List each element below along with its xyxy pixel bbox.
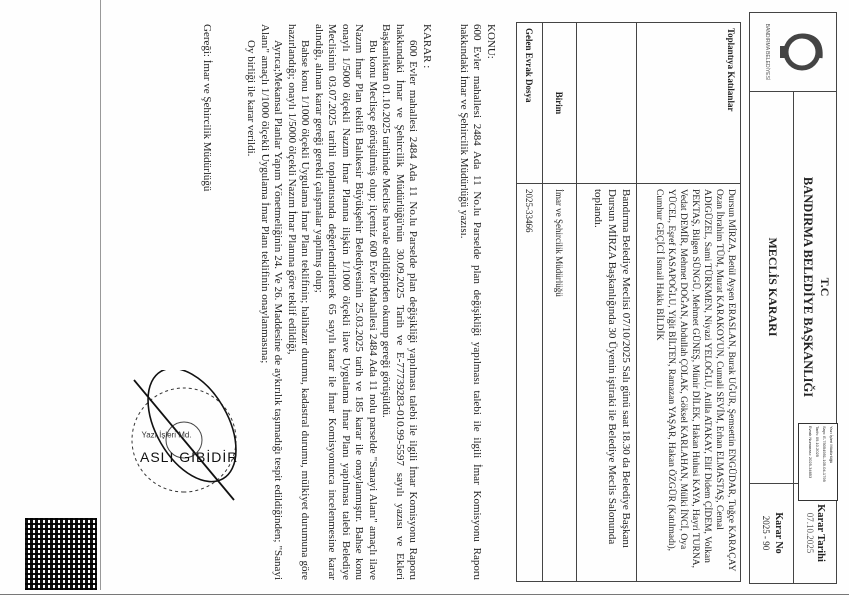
qr-code-icon — [25, 518, 97, 590]
scan-edge-line — [100, 0, 101, 590]
document-header: BANDIRMA BELEDİYESİ T.C BANDIRMA BELEDİY… — [749, 12, 837, 584]
meeting-label — [577, 23, 637, 184]
karar-no-label: Karar No — [773, 483, 784, 583]
unit-value: İmar ve Şehircilik Müdürlüğü — [543, 184, 577, 582]
seal-text: ASLI GİBİDİR — [140, 449, 250, 465]
certified-copy-seal: ASLI GİBİDİR Yazı İşleri Md. — [119, 380, 249, 500]
document-type-title: MECLİS KARARI — [765, 91, 780, 483]
subject-section: KONU: 600 Evler mahallesi 2484 Ada 11 No… — [457, 24, 498, 580]
scanned-document-page: BANDIRMA BELEDİYESİ T.C BANDIRMA BELEDİY… — [0, 0, 849, 600]
header-meta-cell: Karar Tarihi 07.10.2025 Karar No 2025 - … — [750, 483, 836, 583]
seal-stamp-icon — [114, 370, 254, 510]
karar-no-value: 2025 - 90 — [761, 483, 771, 583]
attendees-label: Toplantıya Katılanlar — [637, 23, 741, 184]
decision-paragraph: Ayrıca;Mekansal Planlar Yapım Yönetmeliğ… — [258, 24, 285, 580]
incoming-file-label: Gelen Evrak Dosya — [517, 23, 543, 184]
decision-heading: KARAR : — [420, 24, 434, 580]
unit-label: Birim — [543, 23, 577, 184]
municipality-logo-icon — [768, 22, 828, 82]
subject-text: 600 Evler mahallesi 2484 Ada 11 No.lu Pa… — [457, 24, 484, 580]
karar-tarihi-label: Karar Tarihi — [815, 483, 826, 583]
header-title-cell: T.C BANDIRMA BELEDİYE BAŞKANLIĞI MECLİS … — [750, 91, 836, 484]
meeting-value: Bandırma Belediye Meclisi 07/10/2025 Sal… — [577, 184, 637, 582]
table-row: Bandırma Belediye Meclisi 07/10/2025 Sal… — [577, 23, 637, 582]
table-row: Toplantıya Katılanlar Dursun MİRZA, Betü… — [637, 23, 741, 582]
decision-section: KARAR : 600 Evler mahallesi 2484 Ada 11 … — [244, 24, 433, 580]
table-row: Gelen Evrak Dosya 2025-33466 — [517, 23, 543, 582]
attendees-value: Dursun MİRZA, Betül Ayşen ERASLAN, Burak… — [637, 184, 741, 582]
meeting-info-table: Toplantıya Katılanlar Dursun MİRZA, Betü… — [516, 22, 741, 582]
page-margin-line — [0, 594, 849, 595]
decision-paragraph: Bahse konu 1/1000 ölçekli Uygulama İmar … — [285, 24, 312, 580]
logo-text: BANDIRMA BELEDİYESİ — [764, 15, 770, 89]
table-row: Birim İmar ve Şehircilik Müdürlüğü — [543, 23, 577, 582]
decision-paragraph: 600 Evler mahallesi 2484 Ada 11 No.lu Pa… — [379, 24, 420, 580]
seal-subtext: Yazı İşleri Md. — [141, 431, 191, 440]
distribution-note: Gereği: İmar ve Şehircilik Müdürlüğü — [201, 24, 213, 191]
decision-paragraph: Bu konu Meclisçe görüşülmüş olup; ilçemi… — [312, 24, 380, 580]
logo-cell: BANDIRMA BELEDİYESİ — [750, 13, 836, 92]
incoming-file-value: 2025-33466 — [517, 184, 543, 582]
subject-heading: KONU: — [484, 24, 498, 580]
karar-tarihi-value: 07.10.2025 — [805, 483, 815, 583]
